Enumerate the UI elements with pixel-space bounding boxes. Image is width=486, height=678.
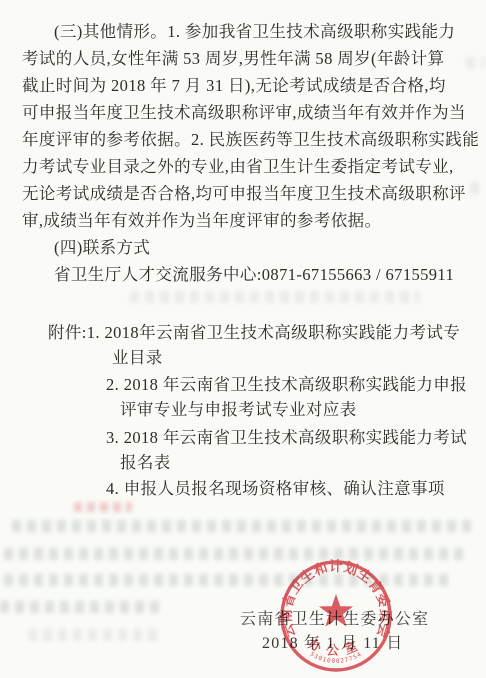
bleed-through-artifact: [466, 57, 484, 69]
body-line: 考试的人员,女性年满 53 周岁,男性年满 58 周岁(年龄计算: [22, 48, 445, 70]
attachment-line: 2. 2018 年云南省卫生技术高级职称实践能力申报: [106, 374, 467, 396]
bleed-through-artifact: [4, 548, 466, 560]
seal-star-icon: [319, 594, 353, 627]
attachment-line: 附件:1. 2018年云南省卫生技术高级职称实践能力考试专: [48, 322, 460, 344]
body-line: 审,成绩当年有效并作为当年度评审的参考依据。: [22, 210, 381, 232]
body-line: 力考试专业目录之外的专业,由省卫生计生委指定考试专业,: [22, 156, 454, 178]
attachment-line: 报名表: [120, 452, 171, 474]
body-line: 可申报当年度卫生技术高级职称评审,成绩当年有效并作为当: [22, 102, 466, 124]
body-line: (三)其他情形。1. 参加我省卫生技术高级职称实践能力: [54, 21, 455, 43]
attachment-line: 4. 申报人员报名现场资格审核、确认注意事项: [106, 478, 445, 500]
bleed-through-artifact: [12, 520, 476, 532]
body-line: 无论考试成绩是否合格,均可申报当年度卫生技术高级职称评: [22, 183, 466, 205]
bleed-through-artifact: [0, 601, 160, 613]
attachment-line: 业目录: [112, 347, 163, 369]
contact-phone-line: 省卫生厅人才交流服务中心:0871-67155663 / 67155911: [54, 264, 454, 286]
official-seal: 云南省卫生和计划生育委员会 办公室 530100027754: [277, 556, 395, 678]
document-page: (三)其他情形。1. 参加我省卫生技术高级职称实践能力 考试的人员,女性年满 5…: [0, 0, 486, 678]
attachment-line: 评审专业与申报考试专业对应表: [120, 399, 357, 421]
bleed-through-artifact: [28, 629, 160, 641]
bleed-through-artifact: [74, 502, 132, 512]
bleed-through-artifact: [470, 182, 484, 194]
body-line: 年度评审的参考依据。2. 民族医药等卫生技术高级职称实践能: [22, 129, 479, 151]
attachment-line: 3. 2018 年云南省卫生技术高级职称实践能力考试: [106, 427, 467, 449]
body-line: 截止时间为 2018 年 7 月 31 日),无论考试成绩是否合格,均: [22, 75, 446, 97]
bleed-through-artifact: [130, 291, 420, 303]
section-heading-contact: (四)联系方式: [54, 237, 150, 259]
